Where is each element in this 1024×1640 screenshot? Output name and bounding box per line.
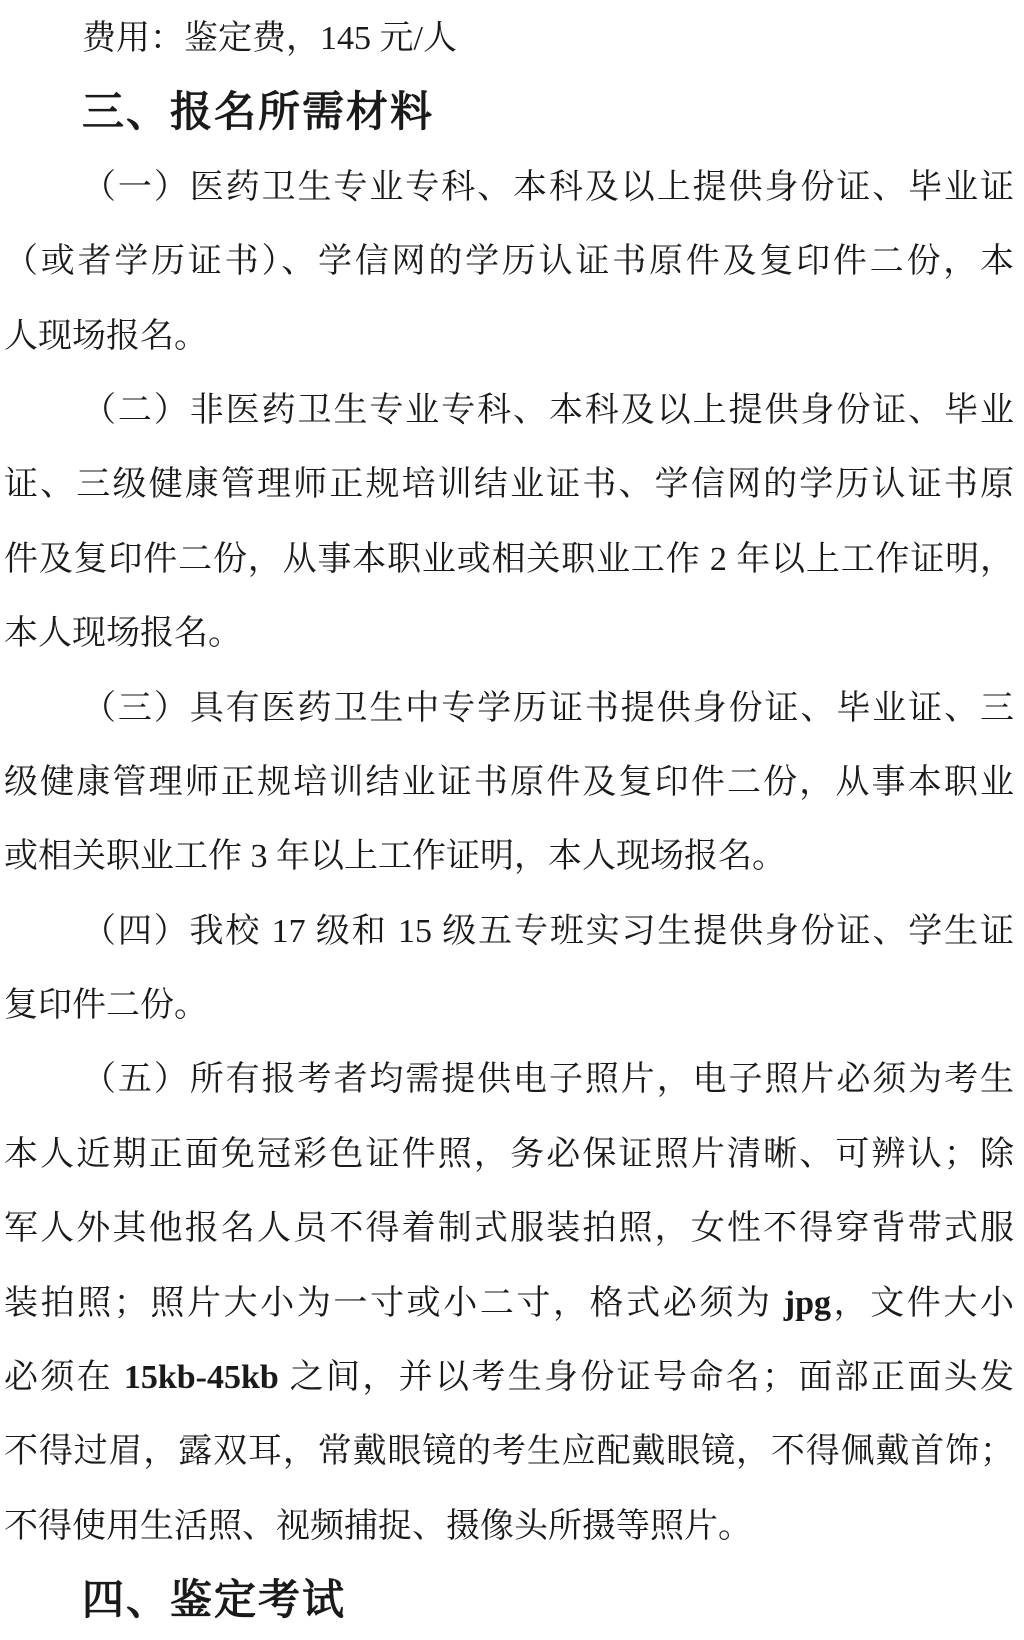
document-line: 军人外其他报名人员不得着制式服装拍照，女性不得穿背带式服 <box>4 1192 1014 1266</box>
document-line: （一）医药卫生专业专科、本科及以上提供身份证、毕业证 <box>4 151 1014 225</box>
bold-latin-text: 15kb-45kb <box>124 1359 279 1396</box>
section-heading: 四、鉴定考试 <box>4 1564 1014 1638</box>
document-line: 本人近期正面免冠彩色证件照，务必保证照片清晰、可辨认；除 <box>4 1118 1014 1192</box>
document-line: 不得使用生活照、视频捕捉、摄像头所摄等照片。 <box>4 1490 1014 1564</box>
document-line: （二）非医药卫生专业专科、本科及以上提供身份证、毕业 <box>4 374 1014 448</box>
line-text: 必须在 <box>4 1359 124 1396</box>
line-text: 之间，并以考生身份证号命名；面部正面头发 <box>279 1359 1014 1396</box>
document-line: 件及复印件二份，从事本职业或相关职业工作 2 年以上工作证明， <box>4 523 1014 597</box>
document-line: 级健康管理师正规培训结业证书原件及复印件二份，从事本职业 <box>4 746 1014 820</box>
section-heading: 三、报名所需材料 <box>4 76 1014 150</box>
document-line: 装拍照；照片大小为一寸或小二寸，格式必须为 jpg，文件大小 <box>4 1267 1014 1341</box>
document-line: 复印件二份。 <box>4 969 1014 1043</box>
document-line: （或者学历证书）、学信网的学历认证书原件及复印件二份，本 <box>4 225 1014 299</box>
document-line: 费用：鉴定费，145 元/人 <box>4 2 1014 76</box>
document-line: （五）所有报考者均需提供电子照片，电子照片必须为考生 <box>4 1043 1014 1117</box>
line-text: 装拍照；照片大小为一寸或小二寸，格式必须为 <box>4 1285 784 1322</box>
document-line: （三）具有医药卫生中专学历证书提供身份证、毕业证、三 <box>4 672 1014 746</box>
document-line: 人现场报名。 <box>4 300 1014 374</box>
document-line: 或相关职业工作 3 年以上工作证明，本人现场报名。 <box>4 820 1014 894</box>
line-text: ，文件大小 <box>831 1285 1014 1322</box>
bold-latin-text: jpg <box>784 1285 831 1322</box>
document-line: 证、三级健康管理师正规培训结业证书、学信网的学历认证书原 <box>4 448 1014 522</box>
document-page: 费用：鉴定费，145 元/人三、报名所需材料（一）医药卫生专业专科、本科及以上提… <box>0 0 1024 1640</box>
document-line: 本人现场报名。 <box>4 597 1014 671</box>
document-line: 不得过眉，露双耳，常戴眼镜的考生应配戴眼镜，不得佩戴首饰； <box>4 1415 1014 1489</box>
document-line: 必须在 15kb-45kb 之间，并以考生身份证号命名；面部正面头发 <box>4 1341 1014 1415</box>
document-line: （四）我校 17 级和 15 级五专班实习生提供身份证、学生证 <box>4 895 1014 969</box>
